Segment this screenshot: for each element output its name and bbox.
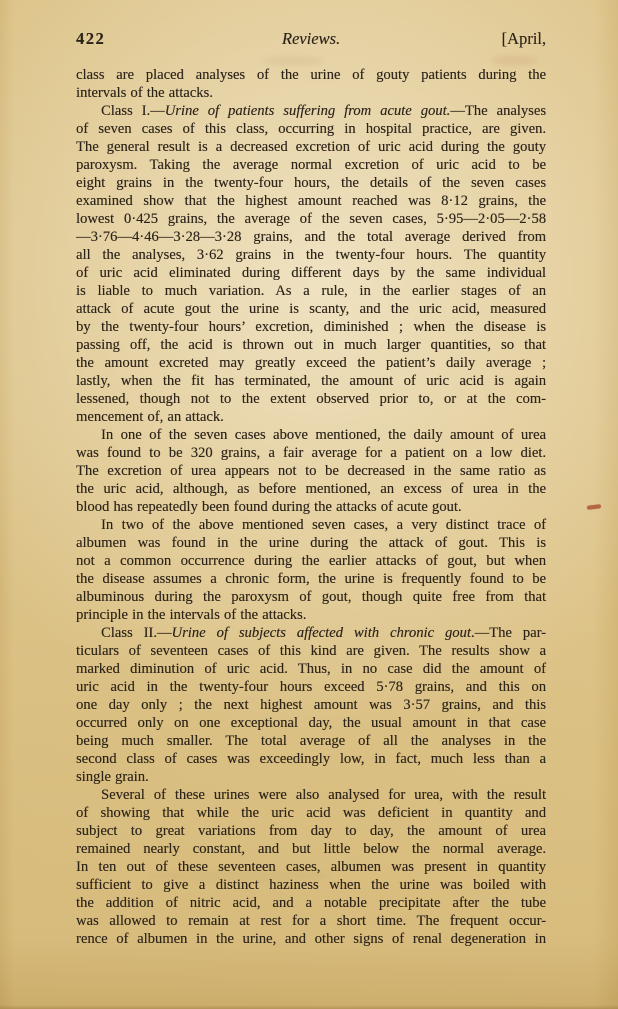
text-segment: blood has repeatedly been found during t… xyxy=(76,499,462,515)
text-segment: lowest 0·425 grains, the average of the … xyxy=(76,211,546,227)
text-line: being much smaller. The total average of… xyxy=(76,732,546,750)
text-segment: not a common occurrence during the earli… xyxy=(76,553,546,569)
text-segment: the addition of nitric acid, and a notab… xyxy=(76,895,546,911)
text-line: of showing that while the uric acid was … xyxy=(76,804,546,822)
text-line: the addition of nitric acid, and a notab… xyxy=(76,894,546,912)
text-line: class are placed analyses of the urine o… xyxy=(76,66,546,84)
text-segment: In ten out of these seventeen cases, alb… xyxy=(76,859,546,875)
text-line: In two of the above mentioned seven case… xyxy=(76,516,546,534)
showthrough-smudge xyxy=(264,56,324,66)
text-line: by the twenty-four hours’ excretion, dim… xyxy=(76,318,546,336)
text-segment: mencement of, an attack. xyxy=(76,409,224,425)
text-line: In ten out of these seventeen cases, alb… xyxy=(76,858,546,876)
text-line: not a common occurrence during the earli… xyxy=(76,552,546,570)
text-line: all the analyses, 3·62 grains in the twe… xyxy=(76,246,546,264)
text-line: the amount excreted may greatly exceed t… xyxy=(76,354,546,372)
text-line: sufficient to give a distinct haziness w… xyxy=(76,876,546,894)
text-segment: all the analyses, 3·62 grains in the twe… xyxy=(76,247,546,263)
page-body: class are placed analyses of the urine o… xyxy=(76,66,546,948)
text-line: —3·76—4·46—3·28—3·28 grains, and the tot… xyxy=(76,228,546,246)
text-segment: the disease assumes a chronic form, the … xyxy=(76,571,546,587)
text-segment: marked diminution of uric acid. Thus, in… xyxy=(76,661,546,677)
text-segment: lastly, when the fit has terminated, the… xyxy=(76,373,546,389)
text-segment: was found to be 320 grains, a fair avera… xyxy=(76,445,546,461)
text-segment: class are placed analyses of the urine o… xyxy=(76,67,546,83)
scanned-book-page: 422 Reviews. [April, class are placed an… xyxy=(0,0,618,1009)
text-line: was found to be 320 grains, a fair avera… xyxy=(76,444,546,462)
text-segment: albumen was found in the urine during th… xyxy=(76,535,546,551)
text-segment: one day only ; the next highest amount w… xyxy=(76,697,546,713)
text-line: lowest 0·425 grains, the average of the … xyxy=(76,210,546,228)
text-segment: sufficient to give a distinct haziness w… xyxy=(76,877,546,893)
text-line: marked diminution of uric acid. Thus, in… xyxy=(76,660,546,678)
text-line: The general result is a decreased excret… xyxy=(76,138,546,156)
text-segment: by the twenty-four hours’ excretion, dim… xyxy=(76,319,546,335)
text-segment: being much smaller. The total average of… xyxy=(76,733,546,749)
showthrough-smudge xyxy=(492,55,538,66)
text-segment: The excretion of urea appears not to be … xyxy=(76,463,546,479)
running-title: Reviews. xyxy=(76,29,546,49)
text-line: blood has repeatedly been found during t… xyxy=(76,498,546,516)
text-segment: the uric acid, although, as before menti… xyxy=(76,481,546,497)
text-segment: of showing that while the uric acid was … xyxy=(76,805,546,821)
text-line: second class of cases was exceedingly lo… xyxy=(76,750,546,768)
text-segment: passing off, the acid is thrown out in m… xyxy=(76,337,546,353)
text-segment: albuminous during the paroxysm of gout, … xyxy=(76,589,546,605)
text-line: lastly, when the fit has terminated, the… xyxy=(76,372,546,390)
text-segment: occurred only on one exceptional day, th… xyxy=(76,715,546,731)
text-segment: .—The par- xyxy=(471,625,546,641)
text-segment: intervals of the attacks. xyxy=(76,85,213,101)
text-segment: the amount excreted may greatly exceed t… xyxy=(76,355,546,371)
text-line: examined show that the highest amount re… xyxy=(76,192,546,210)
text-line: albuminous during the paroxysm of gout, … xyxy=(76,588,546,606)
text-line: the uric acid, although, as before menti… xyxy=(76,480,546,498)
text-segment: —The analyses xyxy=(450,103,546,119)
red-ink-mark xyxy=(587,504,601,510)
text-line: In one of the seven cases above mentione… xyxy=(76,426,546,444)
text-line: passing off, the acid is thrown out in m… xyxy=(76,336,546,354)
text-line: attack of acute gout the urine is scanty… xyxy=(76,300,546,318)
text-segment: was allowed to remain at rest for a shor… xyxy=(76,913,546,929)
text-line: single grain. xyxy=(76,768,546,786)
text-line: albumen was found in the urine during th… xyxy=(76,534,546,552)
text-segment: single grain. xyxy=(76,769,149,785)
italic-text: Urine of patients suffering from acute g… xyxy=(165,103,451,119)
text-line: subject to great variations from day to … xyxy=(76,822,546,840)
issue-date: [April, xyxy=(502,29,546,49)
text-line: of uric acid eliminated during different… xyxy=(76,264,546,282)
running-header: 422 Reviews. [April, xyxy=(76,29,546,51)
text-line: ticulars of seventeen cases of this kind… xyxy=(76,642,546,660)
text-line: one day only ; the next highest amount w… xyxy=(76,696,546,714)
text-line: intervals of the attacks. xyxy=(76,84,546,102)
text-line: principle in the intervals of the attack… xyxy=(76,606,546,624)
text-segment: subject to great variations from day to … xyxy=(76,823,546,839)
text-line: Class II.—Urine of subjects affected wit… xyxy=(76,624,546,642)
text-segment: remained nearly constant, and but little… xyxy=(76,841,546,857)
text-line: uric acid in the twenty-four hours excee… xyxy=(76,678,546,696)
text-line: occurred only on one exceptional day, th… xyxy=(76,714,546,732)
text-line: is liable to much variation. As a rule, … xyxy=(76,282,546,300)
text-line: Class I.—Urine of patients suffering fro… xyxy=(76,102,546,120)
text-line: Several of these urines were also analys… xyxy=(76,786,546,804)
text-segment: of uric acid eliminated during different… xyxy=(76,265,546,281)
text-segment: Class II.— xyxy=(101,625,172,641)
text-segment: lessened, though not to the extent obser… xyxy=(76,391,546,407)
text-line: paroxysm. Taking the average normal excr… xyxy=(76,156,546,174)
text-line: the disease assumes a chronic form, the … xyxy=(76,570,546,588)
text-segment: attack of acute gout the urine is scanty… xyxy=(76,301,546,317)
text-segment: Class I.— xyxy=(101,103,165,119)
text-segment: is liable to much variation. As a rule, … xyxy=(76,283,546,299)
text-segment: paroxysm. Taking the average normal excr… xyxy=(76,157,546,173)
text-segment: ticulars of seventeen cases of this kind… xyxy=(76,643,546,659)
text-line: of seven cases of this class, occurring … xyxy=(76,120,546,138)
italic-text: Urine of subjects affected with chronic … xyxy=(172,625,471,641)
text-segment: principle in the intervals of the attack… xyxy=(76,607,306,623)
text-line: rence of albumen in the urine, and other… xyxy=(76,930,546,948)
text-line: mencement of, an attack. xyxy=(76,408,546,426)
text-segment: The general result is a decreased excret… xyxy=(76,139,546,155)
text-line: remained nearly constant, and but little… xyxy=(76,840,546,858)
text-segment: —3·76—4·46—3·28—3·28 grains, and the tot… xyxy=(76,229,546,245)
text-segment: eight grains in the twenty-four hours, t… xyxy=(76,175,546,191)
text-segment: of seven cases of this class, occurring … xyxy=(76,121,546,137)
text-segment: Several of these urines were also analys… xyxy=(101,787,546,803)
text-segment: rence of albumen in the urine, and other… xyxy=(76,931,546,947)
text-segment: uric acid in the twenty-four hours excee… xyxy=(76,679,546,695)
text-line: The excretion of urea appears not to be … xyxy=(76,462,546,480)
text-segment: In two of the above mentioned seven case… xyxy=(101,517,546,533)
text-segment: second class of cases was exceedingly lo… xyxy=(76,751,546,767)
text-line: eight grains in the twenty-four hours, t… xyxy=(76,174,546,192)
text-line: lessened, though not to the extent obser… xyxy=(76,390,546,408)
text-segment: examined show that the highest amount re… xyxy=(76,193,546,209)
text-line: was allowed to remain at rest for a shor… xyxy=(76,912,546,930)
text-segment: In one of the seven cases above mentione… xyxy=(101,427,546,443)
